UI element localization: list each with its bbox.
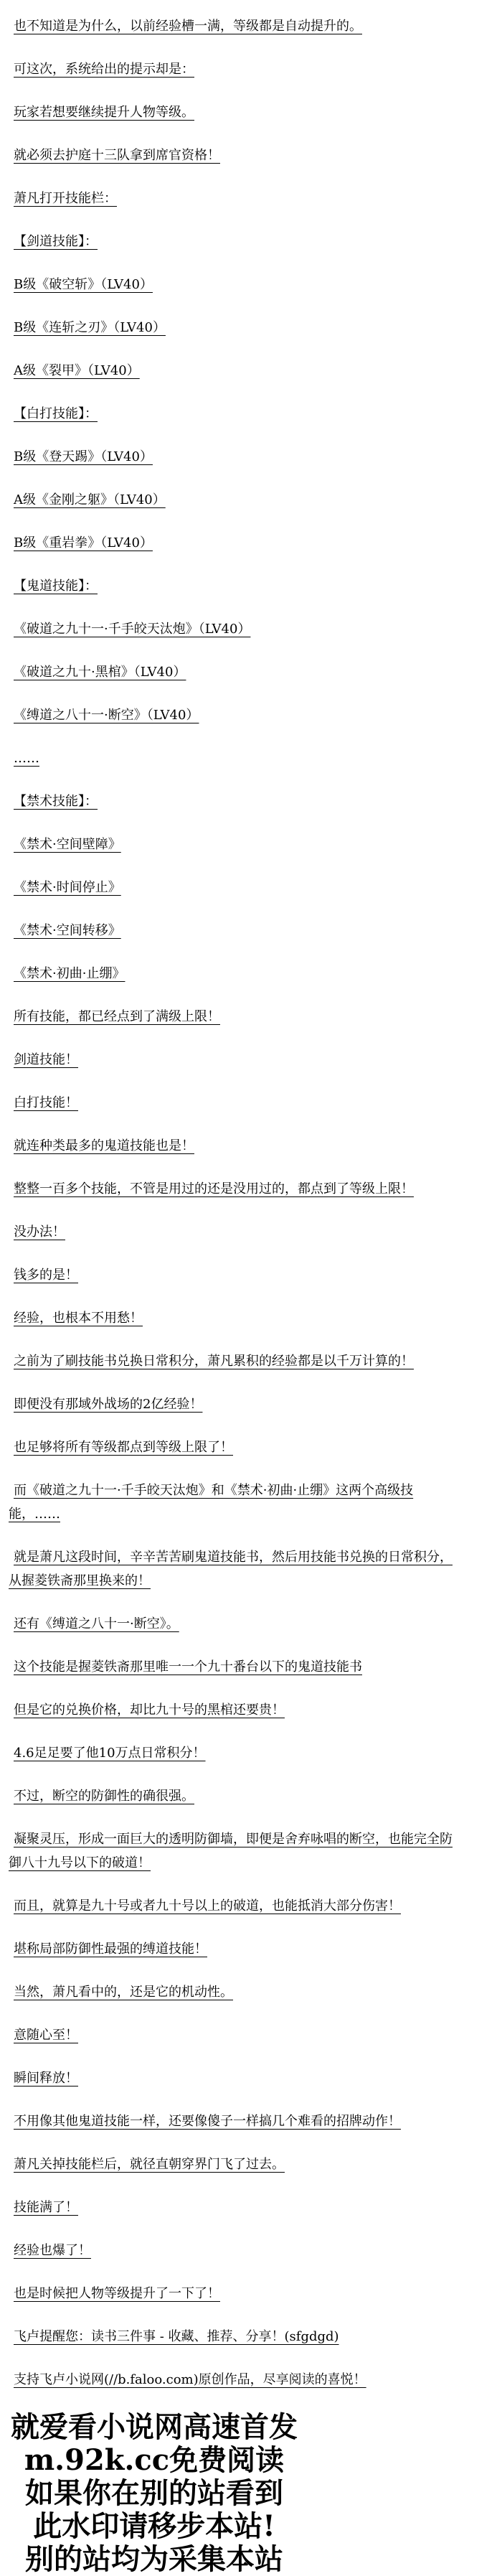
watermark-line: 此水印请移步本站!	[0, 2510, 308, 2543]
novel-paragraph: 也不知道是为什么，以前经验槽一满，等级都是自动提升的。	[9, 14, 462, 38]
publisher-note: 飞卢提醒您：读书三件事 - 收藏、推荐、分享！(sfgdgd)	[9, 2325, 462, 2348]
novel-paragraph: 堪称局部防御性最强的缚道技能！	[9, 1937, 462, 1961]
novel-page: 也不知道是为什么，以前经验槽一满，等级都是自动提升的。可这次，系统给出的提示却是…	[0, 14, 502, 2576]
novel-paragraph: 凝聚灵压，形成一面巨大的透明防御墙，即便是舍弃咏唱的断空，也能完全防御八十九号以…	[9, 1827, 462, 1875]
novel-paragraph: 《禁术·空间壁障》	[9, 833, 462, 856]
novel-paragraph: 钱多的是！	[9, 1263, 462, 1287]
novel-paragraph: 4.6足足要了他10万点日常积分！	[9, 1741, 462, 1765]
novel-paragraph: 【白打技能】：	[9, 402, 462, 426]
novel-paragraph: 技能满了！	[9, 2196, 462, 2219]
novel-paragraph: 所有技能，都已经点到了满级上限！	[9, 1005, 462, 1029]
watermark-line: m.92k.cc免费阅读	[0, 2444, 308, 2477]
novel-paragraph: 还有《缚道之八十一·断空》。	[9, 1612, 462, 1636]
novel-paragraph: 就是萧凡这段时间，辛辛苦苦刷鬼道技能书，然后用技能书兑换的日常积分，从握菱铁斋那…	[9, 1545, 462, 1593]
novel-paragraph: B级《登天踢》（LV40）	[9, 445, 462, 469]
novel-paragraph: 不用像其他鬼道技能一样，还要像傻子一样搞几个难看的招牌动作！	[9, 2109, 462, 2133]
novel-paragraph: 《缚道之八十一·断空》（LV40）	[9, 703, 462, 727]
novel-paragraph: 意随心至！	[9, 2023, 462, 2047]
chapter-text: 也不知道是为什么，以前经验槽一满，等级都是自动提升的。可这次，系统给出的提示却是…	[0, 14, 462, 2305]
novel-paragraph: 剑道技能！	[9, 1048, 462, 1072]
novel-paragraph: B级《破空斩》（LV40）	[9, 273, 462, 296]
watermark-line: 如果你在别的站看到	[0, 2477, 308, 2510]
novel-paragraph: 而《破道之九十一·千手皎天汰炮》和《禁术·初曲·止绷》这两个高级技能，……	[9, 1479, 462, 1526]
watermark-line: 就爱看小说网高速首发	[0, 2411, 308, 2444]
novel-paragraph: 这个技能是握菱铁斋那里唯一一个九十番台以下的鬼道技能书	[9, 1655, 462, 1679]
novel-paragraph: 《破道之九十一·千手皎天汰炮》（LV40）	[9, 617, 462, 641]
novel-paragraph: 也是时候把人物等级提升了一下了！	[9, 2282, 462, 2305]
novel-paragraph: A级《金刚之躯》（LV40）	[9, 488, 462, 512]
novel-paragraph: 【鬼道技能】：	[9, 574, 462, 598]
novel-paragraph: 【禁术技能】：	[9, 790, 462, 813]
watermark: 就爱看小说网高速首发m.92k.cc免费阅读如果你在别的站看到此水印请移步本站!…	[0, 2411, 308, 2576]
novel-paragraph: ……	[9, 746, 462, 770]
novel-paragraph: 也足够将所有等级都点到等级上限了！	[9, 1435, 462, 1459]
novel-paragraph: 经验，也根本不用愁！	[9, 1306, 462, 1330]
novel-paragraph: 《禁术·初曲·止绷》	[9, 962, 462, 985]
publisher-note: 支持飞卢小说网(//b.faloo.com)原创作品，尽享阅读的喜悦！	[9, 2368, 462, 2392]
novel-paragraph: 而且，就算是九十号或者九十号以上的破道，也能抵消大部分伤害！	[9, 1894, 462, 1918]
novel-paragraph: 萧凡打开技能栏：	[9, 187, 462, 210]
watermark-line: 别的站均为采集本站	[0, 2543, 308, 2576]
novel-paragraph: 就连种类最多的鬼道技能也是！	[9, 1134, 462, 1158]
novel-paragraph: 《破道之九十·黑棺》（LV40）	[9, 660, 462, 684]
novel-paragraph: 不过，断空的防御性的确很强。	[9, 1784, 462, 1808]
novel-paragraph: 经验也爆了！	[9, 2239, 462, 2262]
publisher-notes: 飞卢提醒您：读书三件事 - 收藏、推荐、分享！(sfgdgd)支持飞卢小说网(/…	[0, 2325, 462, 2392]
novel-paragraph: 瞬间释放！	[9, 2066, 462, 2090]
novel-paragraph: 萧凡关掉技能栏后，就径直朝穿界门飞了过去。	[9, 2153, 462, 2176]
novel-paragraph: 就必须去护庭十三队拿到席官资格！	[9, 144, 462, 167]
novel-paragraph: 当然，萧凡看中的，还是它的机动性。	[9, 1980, 462, 2004]
novel-paragraph: 白打技能！	[9, 1091, 462, 1115]
novel-paragraph: 即便没有那域外战场的2亿经验！	[9, 1392, 462, 1416]
novel-paragraph: 整整一百多个技能，不管是用过的还是没用过的，都点到了等级上限！	[9, 1177, 462, 1201]
novel-paragraph: 【剑道技能】：	[9, 230, 462, 253]
novel-paragraph: B级《连斩之刃》（LV40）	[9, 316, 462, 339]
novel-paragraph: 玩家若想要继续提升人物等级。	[9, 100, 462, 124]
novel-paragraph: B级《重岩拳》（LV40）	[9, 531, 462, 555]
novel-paragraph: 没办法！	[9, 1220, 462, 1244]
novel-paragraph: A级《裂甲》（LV40）	[9, 359, 462, 383]
novel-paragraph: 《禁术·空间转移》	[9, 919, 462, 942]
novel-paragraph: 但是它的兑换价格，却比九十号的黑棺还要贵！	[9, 1698, 462, 1722]
novel-paragraph: 可这次，系统给出的提示却是：	[9, 57, 462, 81]
novel-paragraph: 之前为了刷技能书兑换日常积分，萧凡累积的经验都是以千万计算的！	[9, 1349, 462, 1373]
novel-paragraph: 《禁术·时间停止》	[9, 876, 462, 899]
